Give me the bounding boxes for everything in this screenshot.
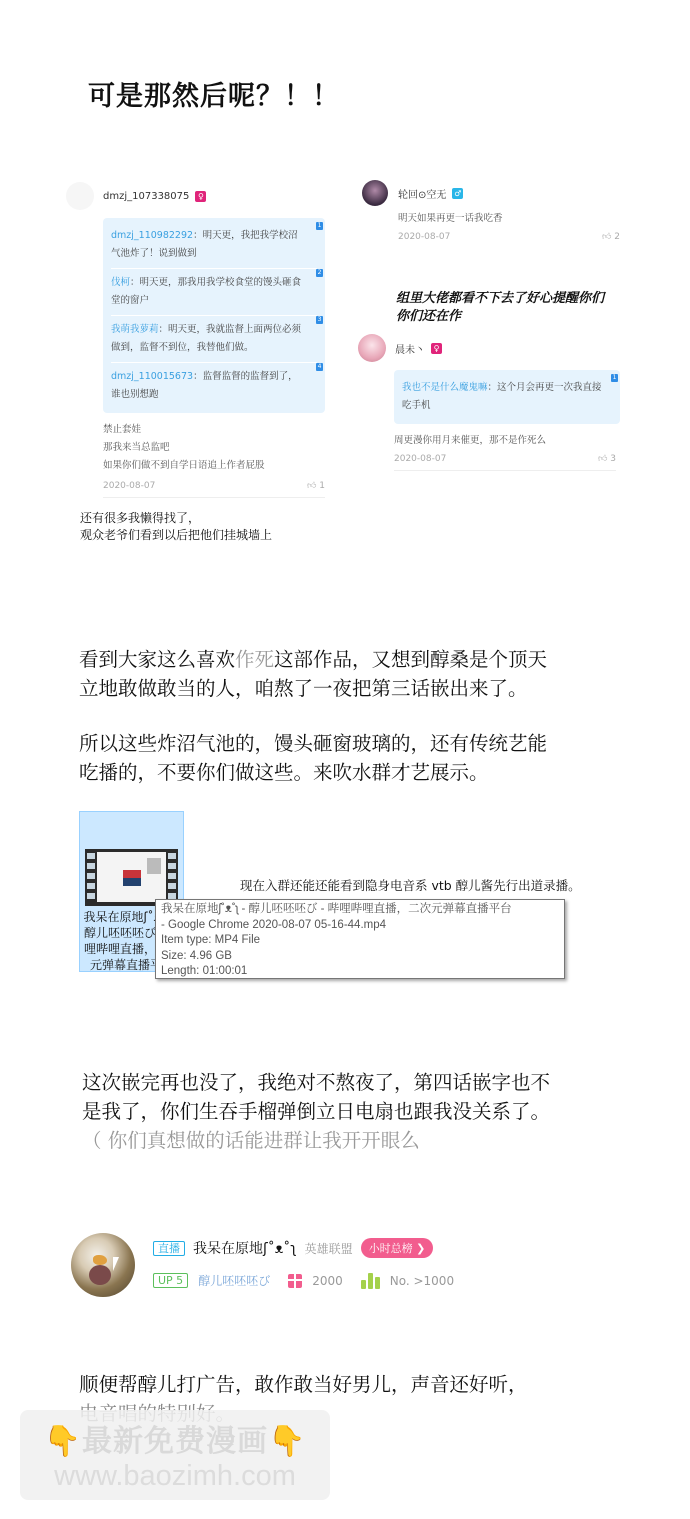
text: 看到大家这么喜欢 [79,648,235,671]
gift-icon [288,1274,302,1288]
para-line: 吃播的，不要你们做这些。来吹水群才艺展示。 [79,758,547,787]
text: 最新免费漫画 [82,1424,268,1459]
comment-body: 明天如果再更一话我吃香 [398,210,622,228]
handwritten-note: 组里大佬都看不下去了好心提醒你们 你们还在作 [396,290,604,326]
note-line: 还有很多我懒得找了， [80,510,272,527]
quote-text: ：明天更，那我用我学校食堂的馒头砸食堂的窗户 [111,277,301,306]
right-comment-card-2: 晨未丶 ♀ 我也不是什么魔鬼嘛：这个月会再更一次我直接吃手机 1 周更漫你用月来… [358,334,622,471]
comment-date: 2020-08-07 [394,454,446,464]
text: 这部作品，又想到醇桑是个顶天 [274,648,547,671]
gender-female-icon: ♀ [195,191,206,202]
rank-value: No. >1000 [390,1274,454,1288]
gift-count: 2000 [312,1274,343,1288]
quote-box: dmzj_110982292：明天更，我把我学校沼气池炸了！说到做到 1 伐柯：… [103,218,325,413]
paragraph-2: 所以这些炸沼气池的，馒头砸窗玻璃的，还有传统艺能 吃播的，不要你们做这些。来吹水… [79,729,547,787]
small-note: 还有很多我懒得找了， 观众老爷们看到以后把他们挂城墙上 [80,510,272,544]
para-line: （ 你们真想做的话能进群让我开开眼么 [82,1126,550,1155]
comment-body-line: 禁止套娃 [103,421,328,439]
para-line: 看到大家这么喜欢作死这部作品，又想到醇桑是个顶天 [79,645,547,674]
tooltip-size: Size: 4.96 GB [161,949,559,965]
highlight-text: 作死 [235,648,274,671]
streamer-avatar[interactable] [71,1233,135,1297]
quote-author[interactable]: dmzj_110982292 [111,230,193,241]
note-line: 观众老爷们看到以后把他们挂城墙上 [80,527,272,544]
para-line: 所以这些炸沼气池的，馒头砸窗玻璃的，还有传统艺能 [79,729,547,758]
pointing-down-icon: 👇 [268,1424,306,1459]
quote-author[interactable]: 伐柯 [111,277,130,288]
note-line: 组里大佬都看不下去了好心提醒你们 [396,290,604,308]
tooltip-length: Length: 01:00:01 [161,964,559,980]
pointing-down-icon: 👇 [44,1424,82,1459]
comment-meta: 2020-08-07 👍︎ 3 [394,454,616,471]
para-line: 立地敢做敢当的人，咱熬了一夜把第三话嵌出来了。 [79,674,547,703]
left-comment-card: dmzj_107338075 ♀ dmzj_110982292：明天更，我把我学… [66,182,328,498]
right-comment-card-1: 轮回⊙空无 ♂ 明天如果再更一话我吃香 2020-08-07 👍︎ 2 [362,180,622,248]
room-title[interactable]: 我呆在原地ʃ˚ᴥ˚ʅ [193,1238,297,1258]
vtb-note: 现在入群还能还能看到隐身电音系 vtb 醇儿酱先行出道录播。 [240,876,581,894]
quote-author[interactable]: 我萌我萝莉 [111,324,159,335]
like-count: 1 [319,481,325,491]
avatar[interactable] [66,182,94,210]
comment-meta: 2020-08-07 👍︎ 2 [398,232,620,248]
para-line: 这次嵌完再也没了，我绝对不熬夜了，第四话嵌字也不 [82,1068,550,1097]
quote-author[interactable]: dmzj_110015673 [111,371,193,382]
live-info-row: UP 5 醇儿呸呸呸び 2000 No. >1000 [153,1272,454,1289]
comment-meta: 2020-08-07 👍︎ 1 [103,481,325,498]
file-tooltip: 我呆在原地ʃ˚ᴥ˚ʅ - 醇儿呸呸呸び - 哔哩哔哩直播，二次元弹幕直播平台 -… [155,899,565,979]
tooltip-type: Item type: MP4 File [161,933,559,949]
video-thumbnail-icon [85,849,178,906]
tooltip-filename: 我呆在原地ʃ˚ᴥ˚ʅ - 醇儿呸呸呸び - 哔哩哔哩直播，二次元弹幕直播平台 [161,902,559,918]
thumbs-up-icon: 👍︎ [602,232,611,242]
like-count: 3 [610,454,616,464]
like-count: 2 [614,232,620,242]
gender-male-icon: ♂ [452,188,463,199]
username[interactable]: 轮回⊙空无 [398,186,446,201]
watermark-url: www.baozimh.com [20,1460,330,1493]
tooltip-filename-cont: - Google Chrome 2020-08-07 05-16-44.mp4 [161,918,559,934]
quote-item: 我也不是什么魔鬼嘛：这个月会再更一次我直接吃手机 1 [402,374,612,420]
streamer-name[interactable]: 醇儿呸呸呸び [198,1272,270,1289]
para-line: 是我了，你们生吞手榴弹倒立日电扇也跟我没关系了。 [82,1097,550,1126]
up-level-badge: UP 5 [153,1273,188,1288]
quote-author[interactable]: 我也不是什么魔鬼嘛 [402,382,488,393]
category-link[interactable]: 英雄联盟 [305,1240,353,1257]
comment-date: 2020-08-07 [398,232,450,242]
rank-bars-icon [361,1273,380,1289]
floor-badge: 4 [316,363,323,371]
quote-item: 伐柯：明天更，那我用我学校食堂的馒头砸食堂的窗户 2 [111,269,317,316]
gender-female-icon: ♀ [431,343,442,354]
para-line: 顺便帮醇儿打广告，敢作敢当好男儿，声音还好听， [79,1370,528,1399]
thumbs-up-icon: 👍︎ [598,454,607,464]
comment-body: 周更漫你用月来催更，那不是作死么 [394,432,622,450]
watermark-title: 👇最新免费漫画👇 [20,1416,330,1460]
username[interactable]: dmzj_107338075 [103,191,189,202]
paragraph-1: 看到大家这么喜欢作死这部作品，又想到醇桑是个顶天 立地敢做敢当的人，咱熬了一夜把… [79,645,547,703]
comment-body-line: 如果你们做不到自学日语追上作者屁股 [103,457,328,475]
quote-box: 我也不是什么魔鬼嘛：这个月会再更一次我直接吃手机 1 [394,370,620,424]
floor-badge: 1 [316,222,323,230]
comment-date: 2020-08-07 [103,481,155,491]
floor-badge: 3 [316,316,323,324]
note-line: 你们还在作 [396,308,604,326]
watermark: 👇最新免费漫画👇 www.baozimh.com [20,1410,330,1500]
live-tag: 直播 [153,1241,185,1256]
live-title-row: 直播 我呆在原地ʃ˚ᴥ˚ʅ 英雄联盟 小时总榜 ❯ [153,1238,433,1258]
mouse-cursor-icon [113,1257,119,1271]
hourly-rank-button[interactable]: 小时总榜 ❯ [361,1238,434,1258]
avatar[interactable] [362,180,388,206]
comment-body-line: 那我来当总监吧 [103,439,328,457]
paragraph-3: 这次嵌完再也没了，我绝对不熬夜了，第四话嵌字也不 是我了，你们生吞手榴弹倒立日电… [82,1068,550,1155]
like-button[interactable]: 👍︎ 2 [602,232,620,242]
quote-item: dmzj_110015673：监督监督的监督到了，谁也别想跑 4 [111,363,317,409]
like-button[interactable]: 👍︎ 3 [598,454,616,464]
avatar[interactable] [358,334,386,362]
thumbs-up-icon: 👍︎ [307,481,316,491]
headline: 可是那然后呢？！！ [88,74,340,113]
quote-item: dmzj_110982292：明天更，我把我学校沼气池炸了！说到做到 1 [111,222,317,269]
floor-badge: 2 [316,269,323,277]
username[interactable]: 晨未丶 [395,341,425,356]
quote-item: 我萌我萝莉：明天更，我就监督上面两位必须做到，监督不到位，我替他们做。 3 [111,316,317,363]
floor-badge: 1 [611,374,618,382]
like-button[interactable]: 👍︎ 1 [307,481,325,491]
